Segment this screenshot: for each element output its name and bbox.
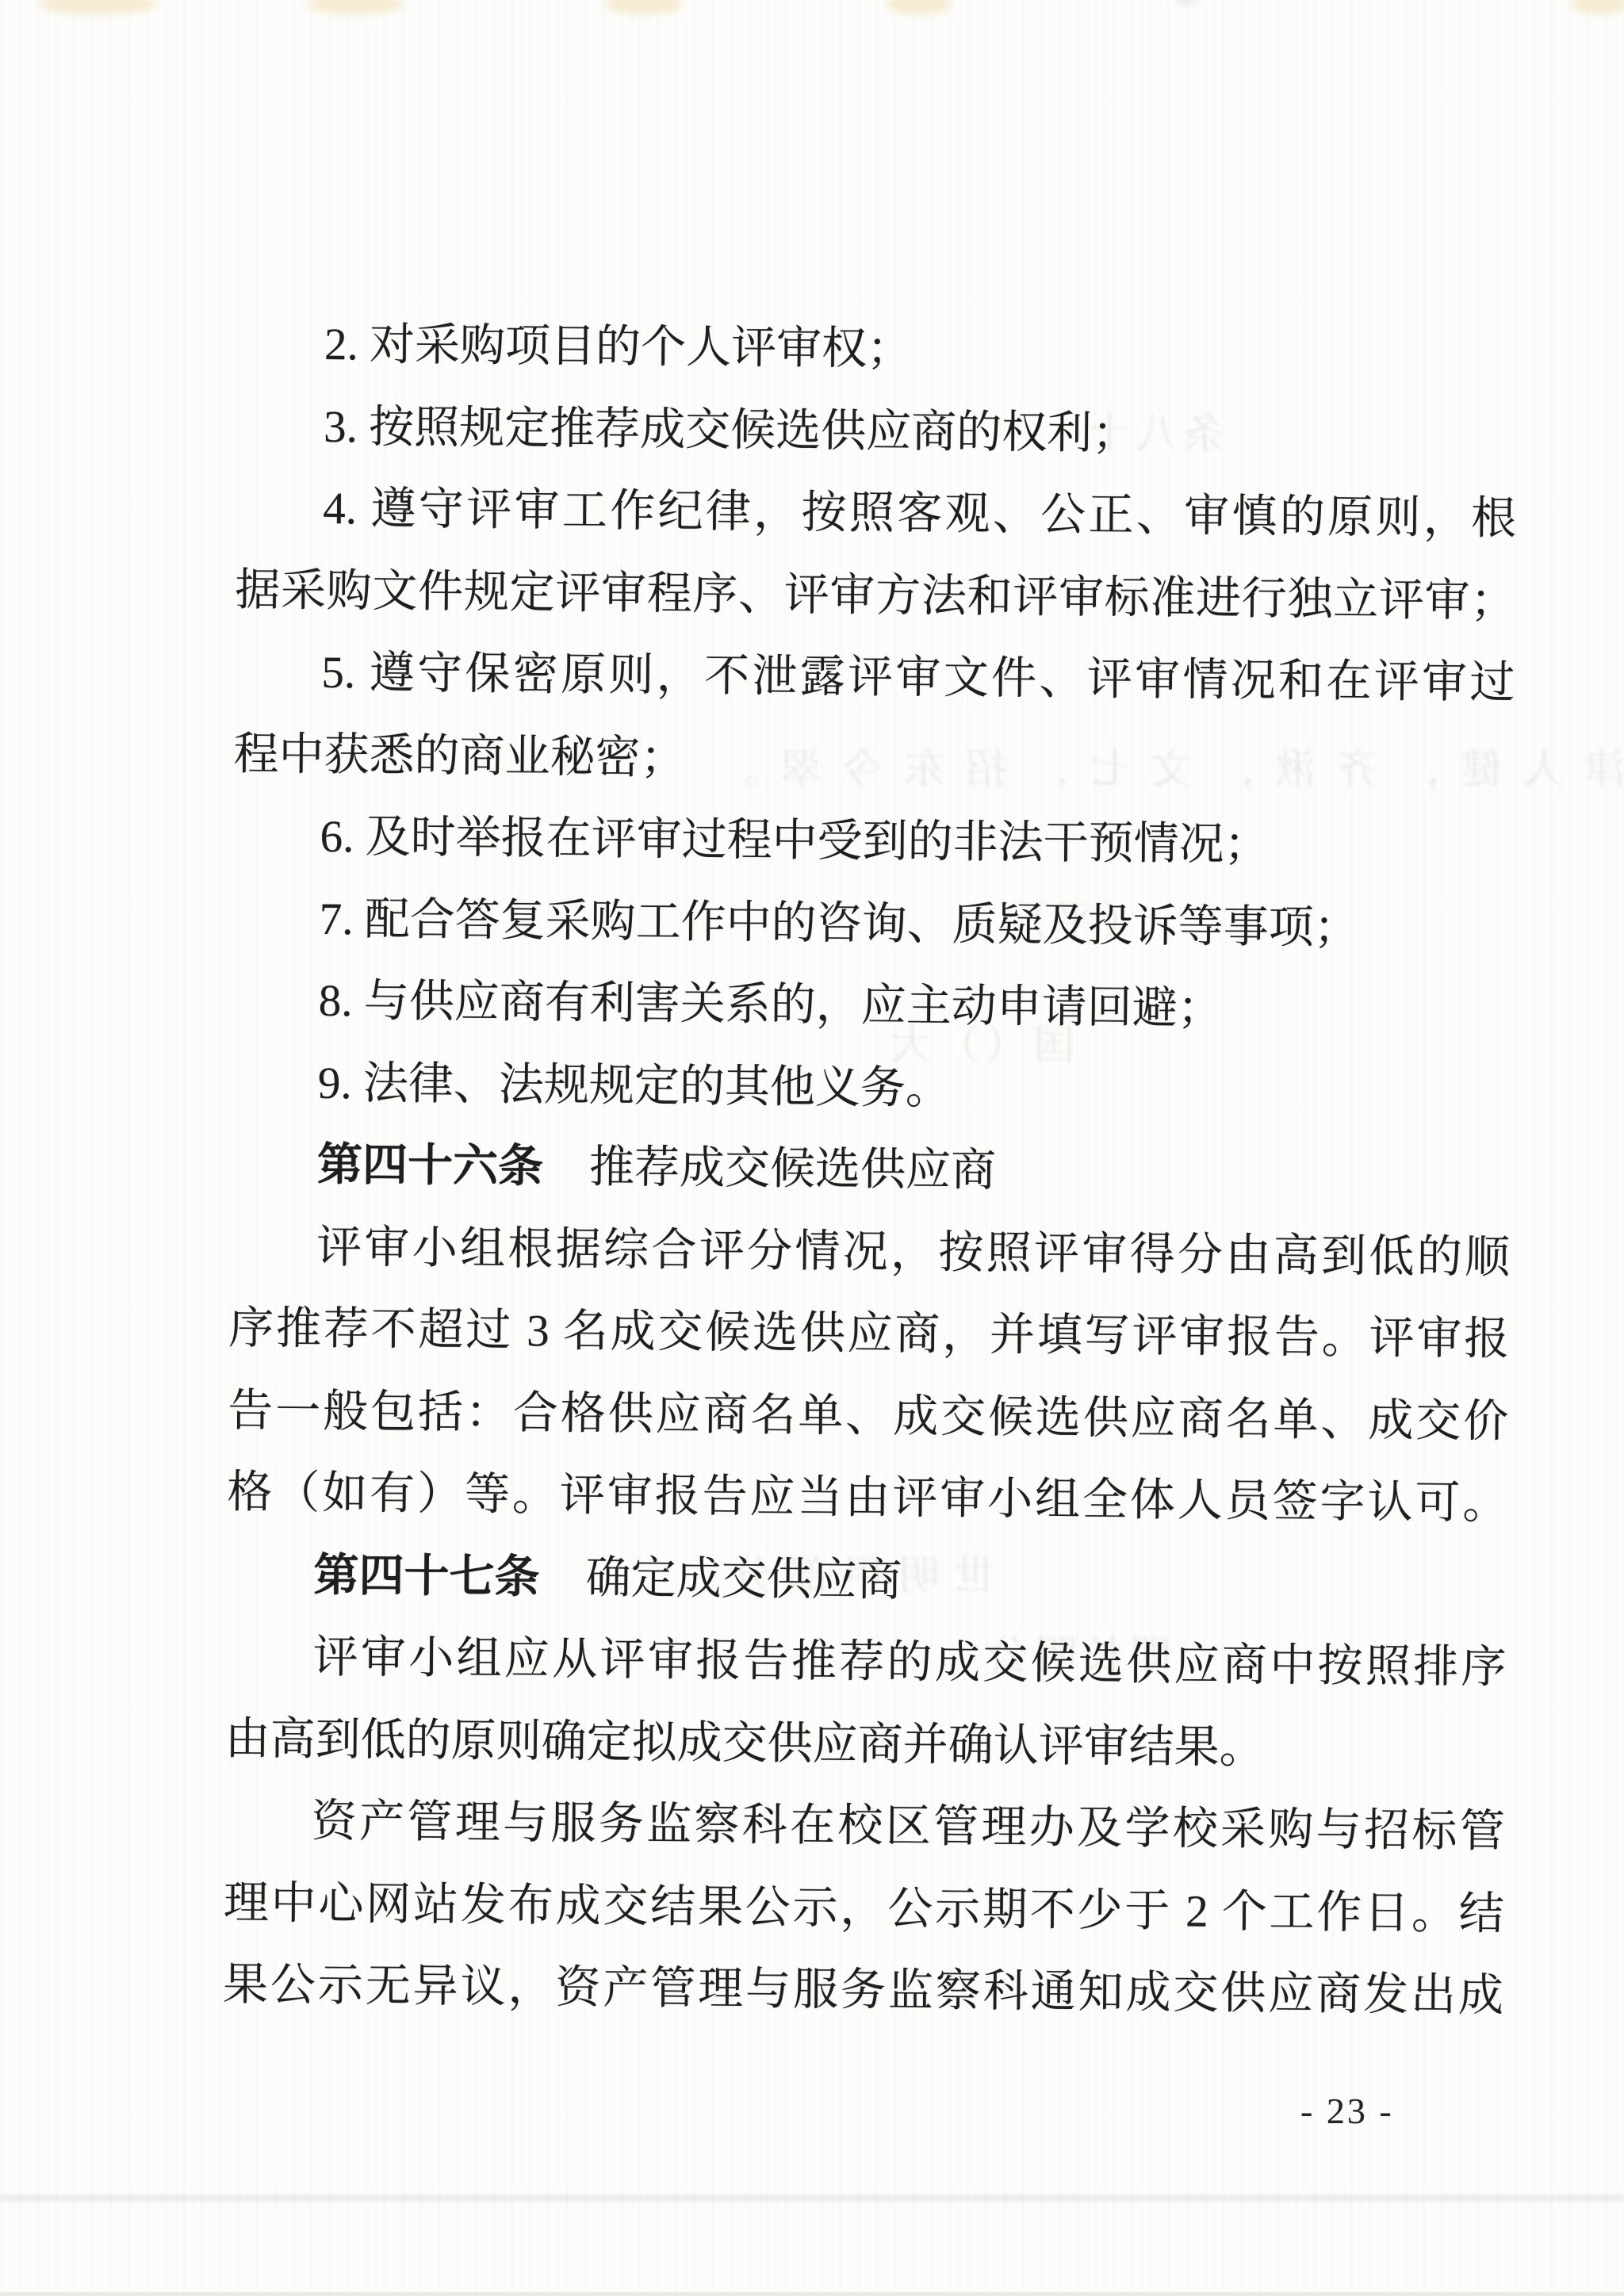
text-line: 果公示无异议，资产管理与服务监察科通知成交供应商发出成 <box>223 1944 1504 2038</box>
document-page: 条八十 半津人健，齐湫，文七，招东今翠。 （平） 国（）大 世明甲部分 即长明公… <box>0 0 1624 2296</box>
text-line: 6. 及时举报在评审过程中受到的非法干预情况； <box>232 795 1514 889</box>
text-line: 评审小组应从评审报告推荐的成交候选供应商中按照排序 <box>225 1616 1507 1709</box>
page-number: - 23 - <box>1300 2090 1443 2132</box>
article-title: 确定成交供应商 <box>585 1552 902 1605</box>
article-number: 第四十七条 <box>313 1550 540 1601</box>
text-line: 5. 遵守保密原则，不泄露评审文件、评审情况和在评审过 <box>234 631 1515 725</box>
article-heading: 第四十六条推荐成交候选供应商 <box>230 1123 1511 1217</box>
scan-artifact <box>1178 0 1195 4</box>
text-line: 8. 与供应商有利害关系的，应主动申请回避； <box>231 959 1512 1053</box>
page-bottom-edge <box>0 2292 1624 2296</box>
text-line: 评审小组根据综合评分情况，按照评审得分由高到低的顺 <box>229 1205 1511 1299</box>
article-title: 推荐成交候选供应商 <box>589 1142 997 1196</box>
article-heading: 第四十七条确定成交供应商 <box>226 1533 1507 1627</box>
text-line: 9. 法律、法规规定的其他义务。 <box>230 1041 1511 1135</box>
text-line: 4. 遵守评审工作纪律，按照客观、公正、审慎的原则，根 <box>236 467 1517 561</box>
text-line: 理中心网站发布成交结果公示，公示期不少于 2 个工作日。结 <box>223 1862 1504 1955</box>
text-line: 7. 配合答复采购工作中的咨询、质疑及投诉等事项； <box>232 877 1513 970</box>
article-number: 第四十六条 <box>317 1140 544 1192</box>
scan-artifact <box>38 0 157 14</box>
scan-artifact <box>0 2195 1624 2202</box>
text-line: 序推荐不超过 3 名成交候选供应商，并填写评审报告。评审报 <box>228 1288 1510 1381</box>
text-line: 由高到低的原则确定拟成交供应商并确认评审结果。 <box>224 1697 1506 1791</box>
text-line: 告一般包括：合格供应商名单、成交候选供应商名单、成交价 <box>228 1369 1509 1463</box>
text-line: 据采购文件规定评审程序、评审方法和评审标准进行独立评审； <box>235 549 1516 642</box>
text-line: 格（如有）等。评审报告应当由评审小组全体人员签字认可。 <box>227 1452 1508 1545</box>
text-line: 2. 对采购项目的个人评审权； <box>237 303 1519 396</box>
text-line: 资产管理与服务监察科在校区管理办及学校采购与招标管 <box>224 1780 1505 1873</box>
document-body: 2. 对采购项目的个人评审权；3. 按照规定推荐成交候选供应商的权利；4. 遵守… <box>223 303 1519 2038</box>
text-line: 程中获悉的商业秘密； <box>233 713 1515 806</box>
scan-artifact <box>887 0 952 14</box>
scan-artifact <box>605 0 683 14</box>
text-line: 3. 按照规定推荐成交候选供应商的权利； <box>236 385 1518 478</box>
scan-artifact <box>1572 0 1624 14</box>
scan-artifact <box>308 0 403 14</box>
